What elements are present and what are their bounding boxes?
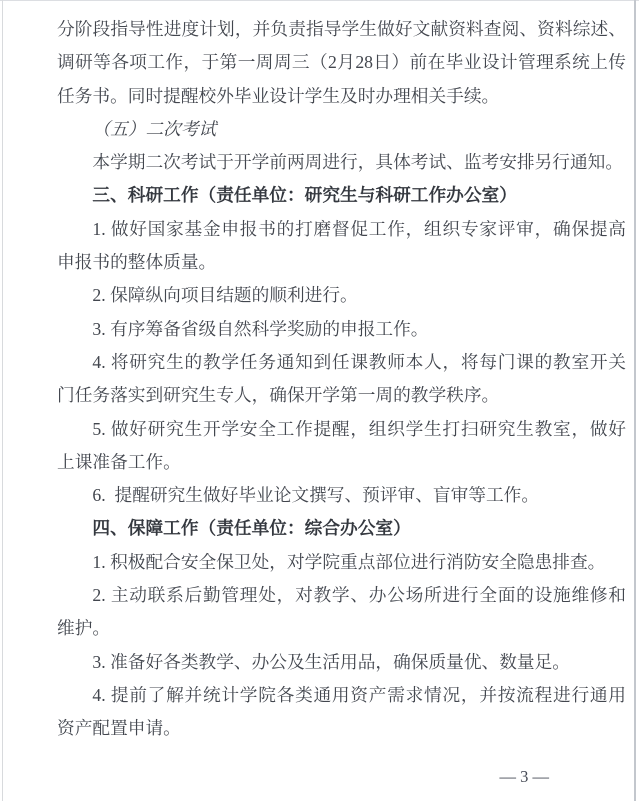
document-line: 4. 提前了解并统计学院各类通用资产需求情况，并按流程进行通用: [57, 679, 626, 712]
document-line: 资产配置申请。: [57, 712, 626, 745]
document-line: 本学期二次考试于开学前两周进行，具体考试、监考安排另行通知。: [57, 146, 626, 179]
document-text-block: 分阶段指导性进度计划，并负责指导学生做好文献资料查阅、资料综述、调研等各项工作，…: [57, 13, 626, 746]
document-line: 5. 做好研究生开学安全工作提醒，组织学生打扫研究生教室，做好: [57, 413, 626, 446]
document-line: 6. 提醒研究生做好毕业论文撰写、预评审、盲审等工作。: [57, 479, 626, 512]
document-line: 门任务落实到研究生专人，确保开学第一周的教学秩序。: [57, 379, 626, 412]
document-line: 3. 有序筹备省级自然科学奖励的申报工作。: [57, 313, 626, 346]
document-line: 四、保障工作（责任单位：综合办公室）: [57, 512, 626, 545]
document-line: 维护。: [57, 612, 626, 645]
document-line: 任务书。同时提醒校外毕业设计学生及时办理相关手续。: [57, 80, 626, 113]
document-line: 上课准备工作。: [57, 446, 626, 479]
scan-edge-top: [0, 0, 639, 1]
page-number: — 3 —: [500, 766, 550, 788]
document-line: 分阶段指导性进度计划，并负责指导学生做好文献资料查阅、资料综述、: [57, 13, 626, 46]
document-line: （五）二次考试: [57, 113, 626, 146]
scan-edge-left: [2, 0, 3, 801]
document-line: 3. 准备好各类教学、办公及生活用品，确保质量优、数量足。: [57, 646, 626, 679]
document-line: 申报书的整体质量。: [57, 246, 626, 279]
document-line: 1. 积极配合安全保卫处，对学院重点部位进行消防安全隐患排查。: [57, 546, 626, 579]
document-page: 分阶段指导性进度计划，并负责指导学生做好文献资料查阅、资料综述、调研等各项工作，…: [0, 0, 639, 801]
document-line: 2. 保障纵向项目结题的顺利进行。: [57, 279, 626, 312]
document-line: 三、科研工作（责任单位：研究生与科研工作办公室）: [57, 179, 626, 212]
document-line: 1. 做好国家基金申报书的打磨督促工作，组织专家评审，确保提高: [57, 213, 626, 246]
document-line: 调研等各项工作，于第一周周三（2月28日）前在毕业设计管理系统上传: [57, 46, 626, 79]
document-line: 4. 将研究生的教学任务通知到任课教师本人，将每门课的教室开关: [57, 346, 626, 379]
document-line: 2. 主动联系后勤管理处，对教学、办公场所进行全面的设施维修和: [57, 579, 626, 612]
scan-edge-right: [634, 0, 636, 801]
